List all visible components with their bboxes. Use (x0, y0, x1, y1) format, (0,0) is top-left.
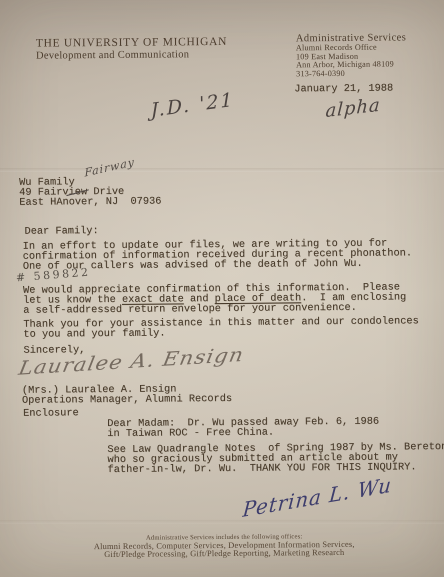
letterhead-dept: Development and Communication (36, 49, 227, 62)
signer-block: (Mrs.) Lauralee A. Ensign Operations Man… (22, 384, 232, 406)
signer-title: Operations Manager, Alumni Records (22, 394, 232, 406)
reply-note-line: in Taiwan ROC - Free China. (107, 427, 379, 439)
salutation: Dear Family: (24, 226, 98, 237)
letter-photo: THE UNIVERSITY OF MICHIGAN Development a… (0, 0, 444, 577)
office-phone: 313-764-0390 (296, 69, 406, 79)
paragraph-3: Thank you for your assistance in this ma… (23, 316, 419, 339)
letterhead-org: THE UNIVERSITY OF MICHIGAN (36, 36, 227, 50)
letterhead-footer: Administrative Services includes the fol… (2, 532, 444, 561)
recipient-address: Wu Family 49 Fairview Drive East HAnover… (19, 177, 161, 208)
street-struck-text: iew (69, 187, 88, 197)
handwritten-jd-class: J.D. '21 (150, 89, 234, 122)
letter-date: January 21, 1988 (294, 83, 393, 94)
handwritten-alpha: alpha (325, 95, 381, 123)
body-line: a self-addressed return envelope for you… (23, 302, 406, 315)
reply-note-2: See Law Quadrangle Notes of Spring 1987 … (107, 442, 444, 475)
letterhead-right: Administrative Services Alumni Records O… (296, 32, 407, 78)
letterhead-left: THE UNIVERSITY OF MICHIGAN Development a… (36, 36, 227, 62)
enclosure-label: Enclosure (23, 408, 79, 418)
paragraph-2: We would appreciate confirmation of this… (23, 282, 406, 315)
handwritten-reply-signature: Petrina L. Wu (242, 472, 393, 522)
recipient-city: East HAnover, NJ 07936 (19, 197, 161, 208)
reply-note-line: father-in-lw, Dr. Wu. THANK YOU FOR THIS… (108, 462, 444, 475)
reply-note-1: Dear Madam: Dr. Wu passed away Feb. 6, 1… (107, 417, 379, 439)
